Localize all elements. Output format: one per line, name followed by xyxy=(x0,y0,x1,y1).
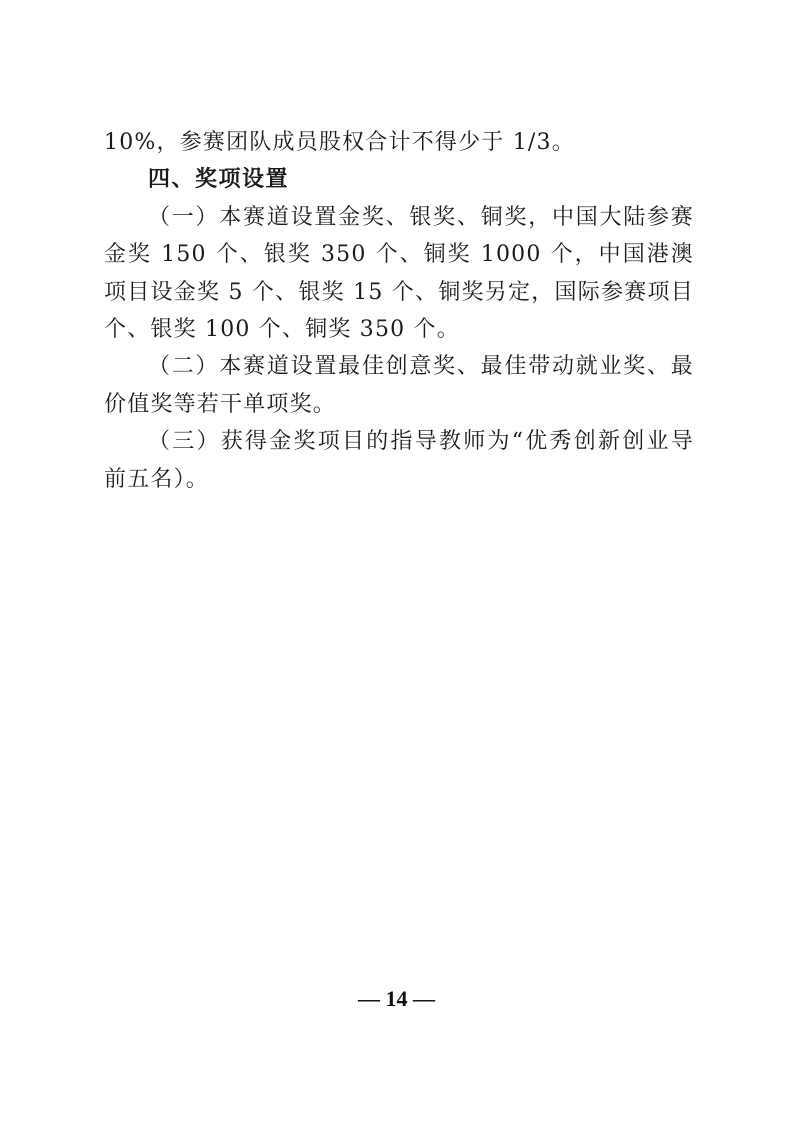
paragraph-continuation-line: 10%，参赛团队成员股权合计不得少于 1/3。 xyxy=(104,124,694,161)
award-clause-3-line-1: （三）获得金奖项目的指导教师为“优秀创新创业导师”（限 xyxy=(104,423,694,460)
award-clause-1-line-1: （一）本赛道设置金奖、银奖、铜奖，中国大陆参赛项目设 xyxy=(104,199,694,236)
document-body: 10%，参赛团队成员股权合计不得少于 1/3。 四、奖项设置 （一）本赛道设置金… xyxy=(104,124,694,498)
award-clause-1-line-2: 金奖 150 个、银奖 350 个、铜奖 1000 个，中国港澳台地区参赛 xyxy=(104,236,694,273)
award-clause-1-line-3: 项目设金奖 5 个、银奖 15 个、铜奖另定，国际参赛项目设金奖 50 xyxy=(104,274,694,311)
page-number: — 14 — xyxy=(0,986,793,1012)
award-clause-3-line-2: 前五名）。 xyxy=(104,461,694,498)
section-heading: 四、奖项设置 xyxy=(104,161,694,198)
award-clause-2-line-1: （二）本赛道设置最佳创意奖、最佳带动就业奖、最具商业 xyxy=(104,348,694,385)
award-clause-2-line-2: 价值奖等若干单项奖。 xyxy=(104,386,694,423)
award-clause-1-line-4: 个、银奖 100 个、铜奖 350 个。 xyxy=(104,311,694,348)
